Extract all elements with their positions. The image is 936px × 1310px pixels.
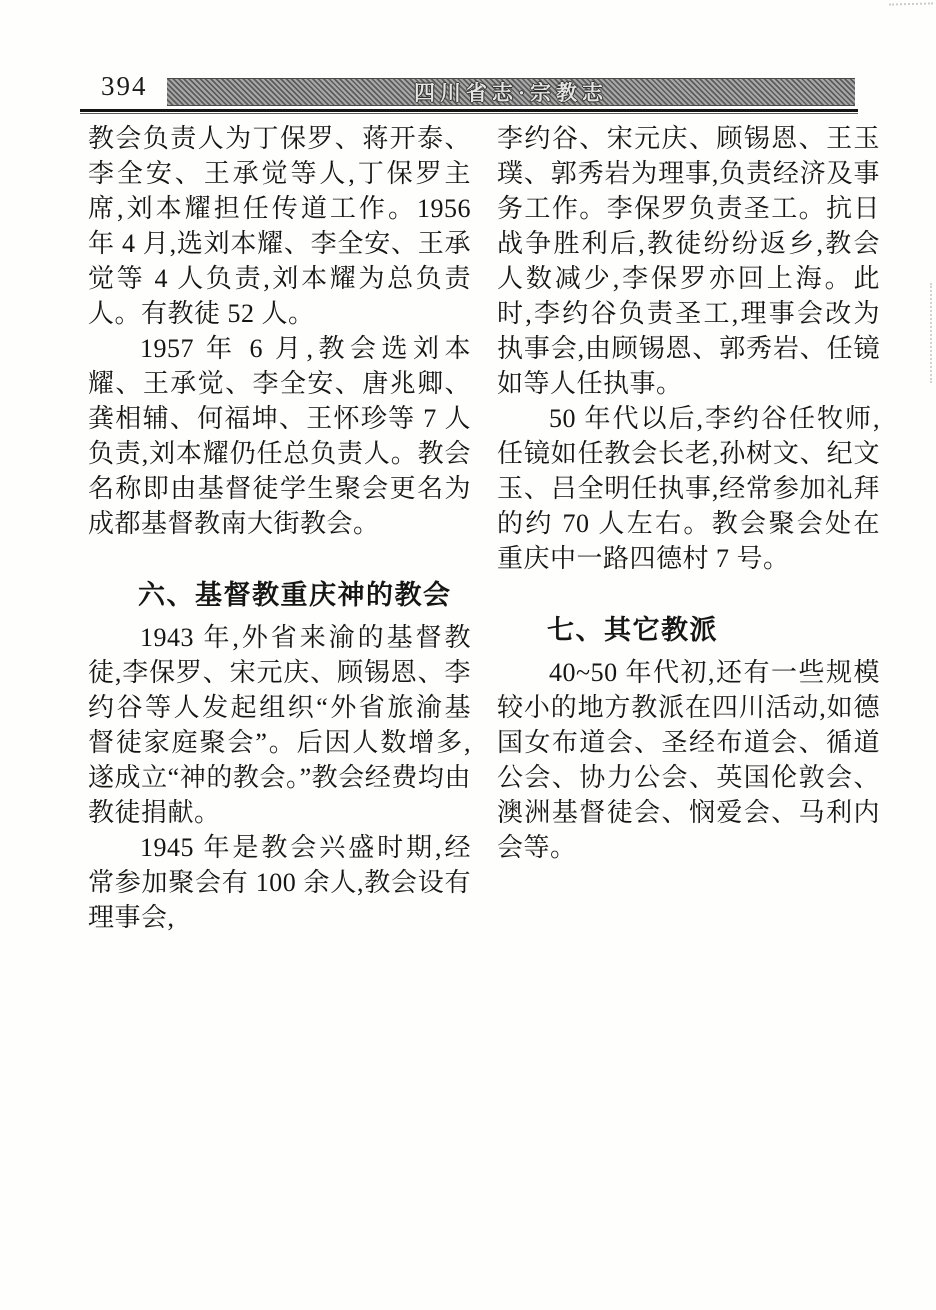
header-rule [80, 109, 858, 115]
section-heading-six: 六、基督教重庆神的教会 [88, 578, 471, 613]
book-page: 394 四川省志·宗教志 教会负责人为丁保罗、蒋开泰、李全安、王承觉等人,丁保罗… [0, 0, 936, 1310]
paragraph: 40~50 年代初,还有一些规模较小的地方教派在四川活动,如德国女布道会、圣经布… [497, 655, 880, 865]
page-number: 394 [101, 71, 148, 102]
page-content: 教会负责人为丁保罗、蒋开泰、李全安、王承觉等人,丁保罗主席,刘本耀担任传道工作。… [88, 121, 880, 935]
paragraph: 1943 年,外省来渝的基督教徒,李保罗、宋元庆、顾锡恩、李约谷等人发起组织“外… [88, 620, 471, 830]
scan-artifact [930, 283, 932, 383]
right-column: 李约谷、宋元庆、顾锡恩、王玉璞、郭秀岩为理事,负责经济及事务工作。李保罗负责圣工… [497, 121, 880, 935]
running-header-title: 四川省志·宗教志 [414, 77, 608, 107]
paragraph: 1945 年是教会兴盛时期,经常参加聚会有 100 余人,教会设有理事会, [88, 830, 471, 935]
section-heading-seven: 七、其它教派 [497, 613, 880, 648]
scan-artifact [889, 2, 933, 5]
paragraph: 50 年代以后,李约谷任牧师,任镜如任教会长老,孙树文、纪文玉、吕全明任执事,经… [497, 401, 880, 576]
paragraph: 教会负责人为丁保罗、蒋开泰、李全安、王承觉等人,丁保罗主席,刘本耀担任传道工作。… [88, 121, 471, 331]
paragraph: 李约谷、宋元庆、顾锡恩、王玉璞、郭秀岩为理事,负责经济及事务工作。李保罗负责圣工… [497, 121, 880, 401]
left-column: 教会负责人为丁保罗、蒋开泰、李全安、王承觉等人,丁保罗主席,刘本耀担任传道工作。… [88, 121, 471, 935]
paragraph: 1957 年 6 月,教会选刘本耀、王承觉、李全安、唐兆卿、龚相辅、何福坤、王怀… [88, 331, 471, 541]
header-band: 四川省志·宗教志 [167, 78, 855, 106]
